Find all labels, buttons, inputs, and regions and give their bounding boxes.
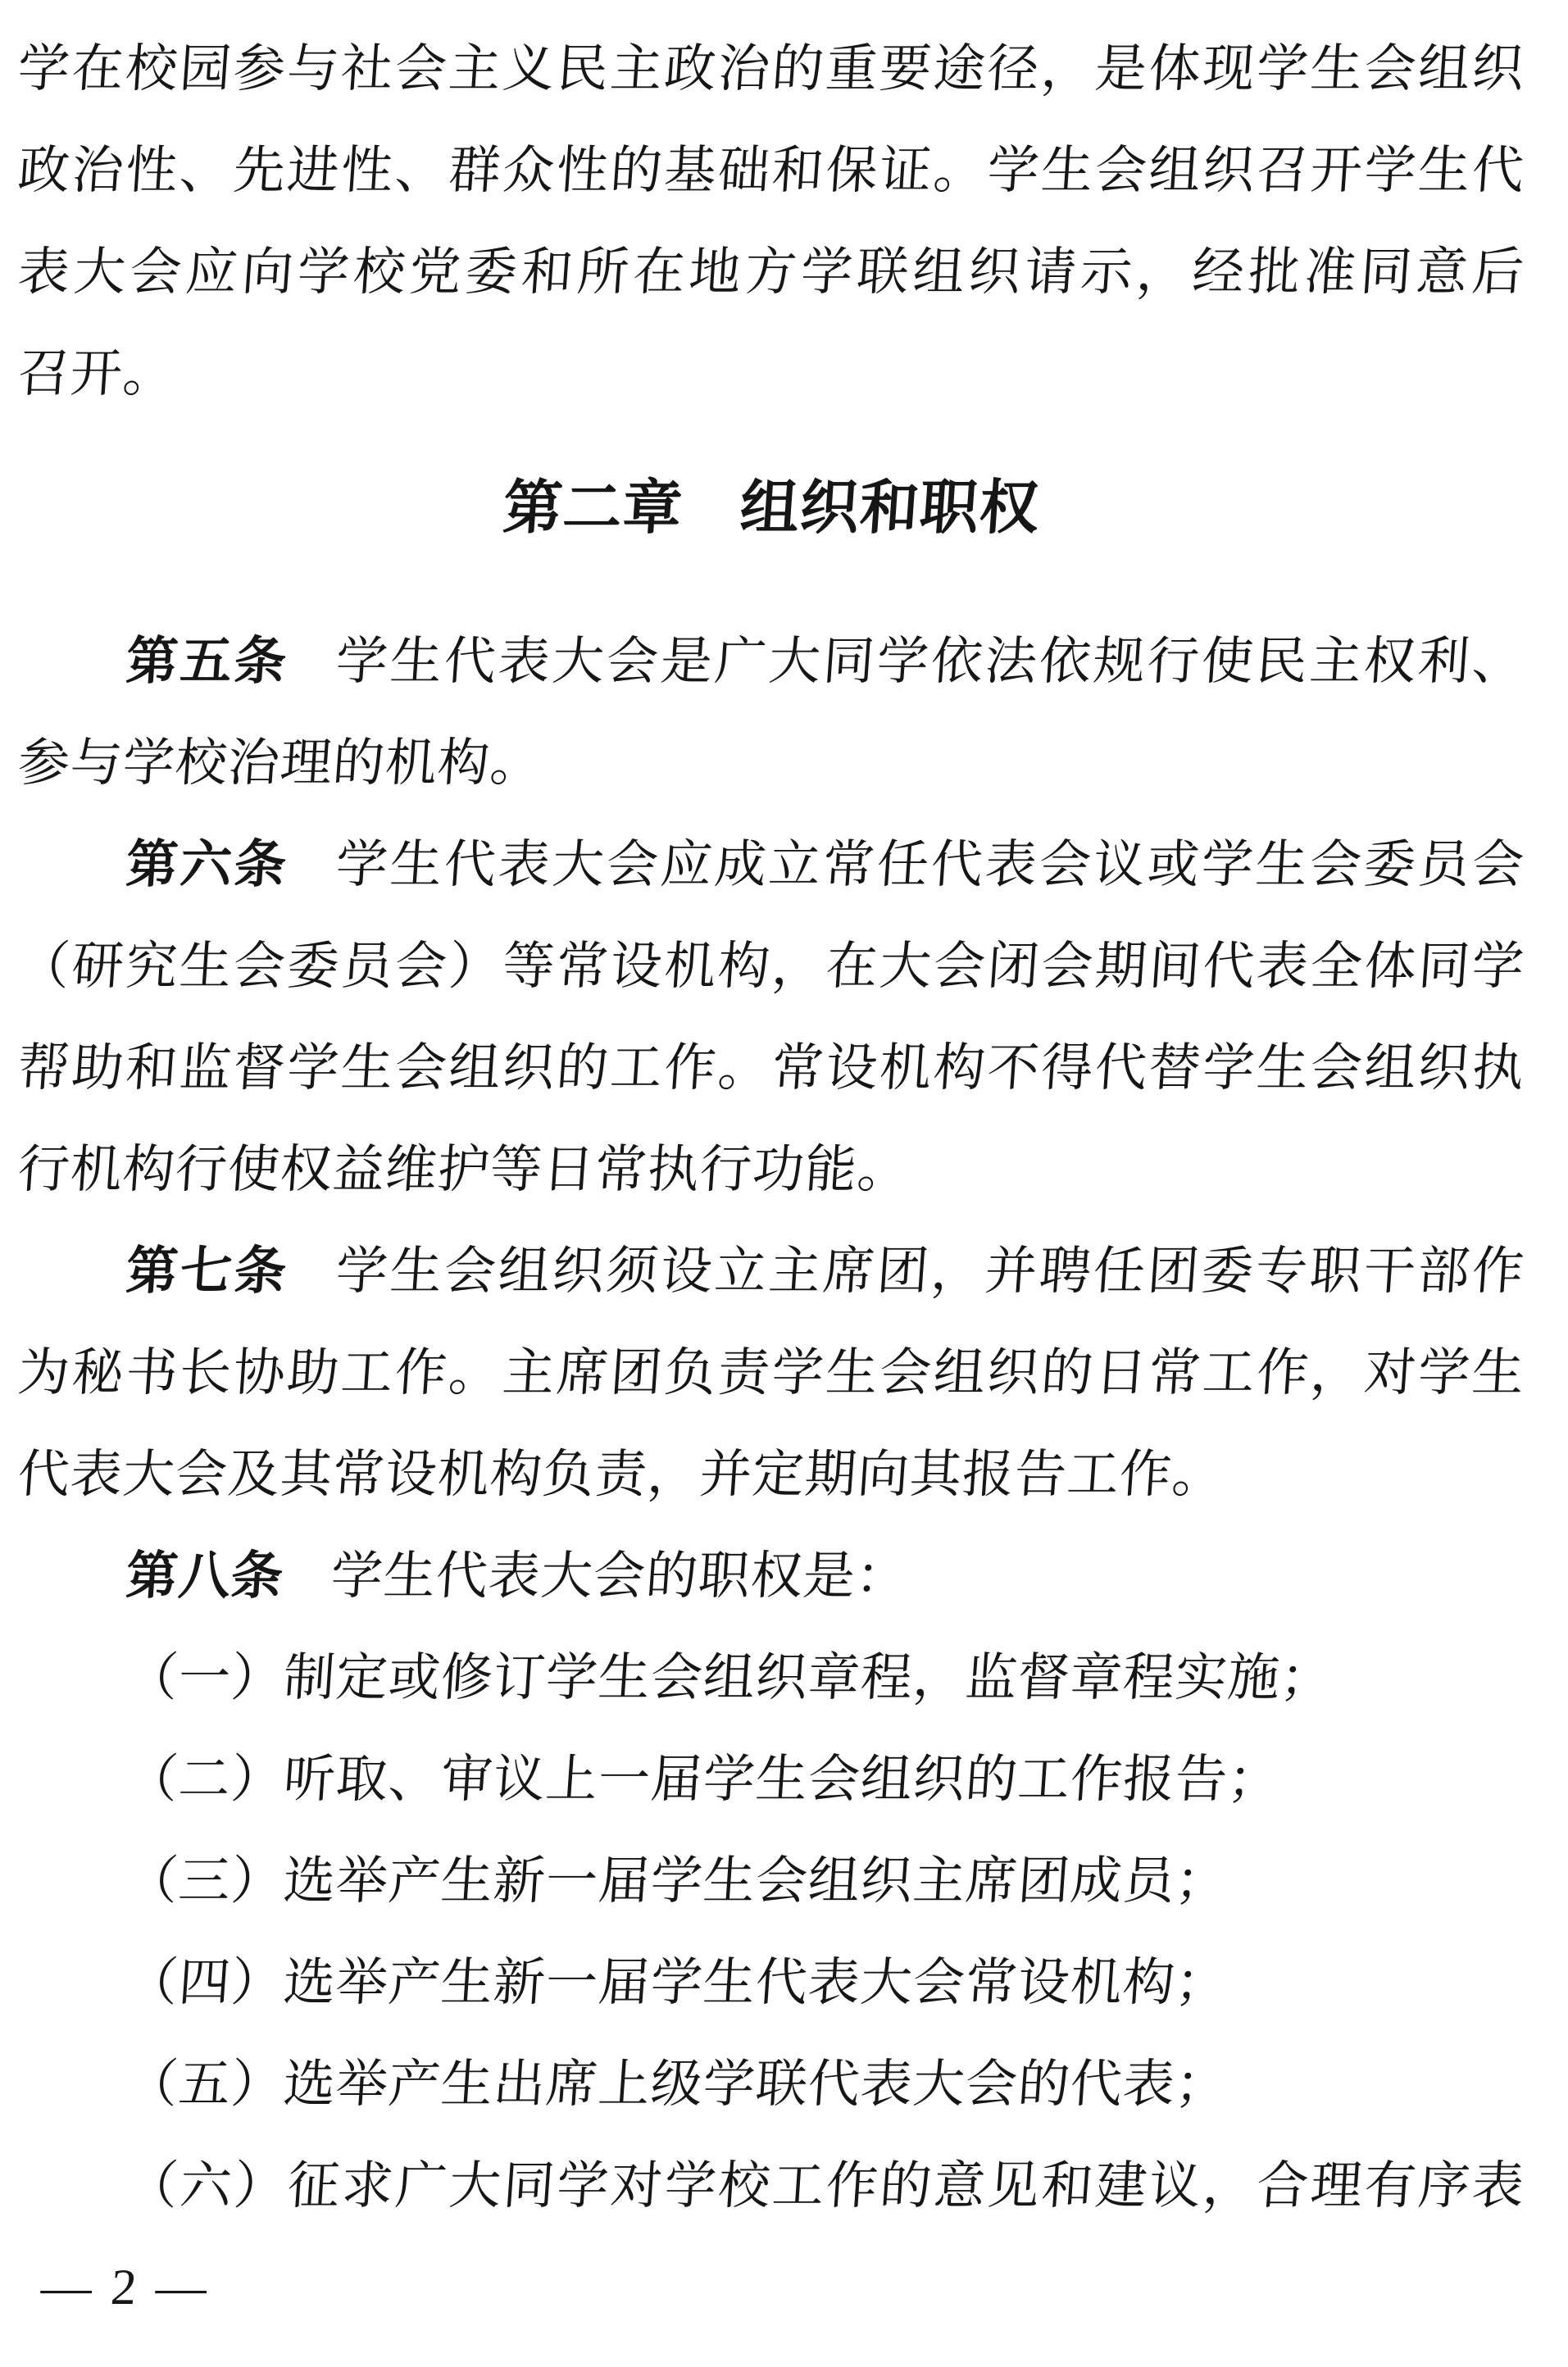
text-line: 参与学校治理的机构。 [15, 712, 1529, 814]
text-segment: 帮助和监督学生会组织的工作。常设机构不得代替学生会组织执 [16, 1039, 1527, 1097]
text-segment: 行机构行使权益维护等日常执行功能。 [16, 1141, 912, 1198]
bold-marker: 第七条 [125, 1243, 291, 1300]
text-line: 为秘书长协助工作。主席团负责学生会组织的日常工作，对学生 [15, 1322, 1529, 1424]
text-line: （六）征求广大同学对学校工作的意见和建议，合理有序表 [15, 2135, 1529, 2237]
bold-marker: 第八条 [125, 1547, 286, 1605]
paragraph-lines: 学在校园参与社会主义民主政治的重要途径，是体现学生会组织政治性、先进性、群众性的… [18, 18, 1525, 2237]
text-line: 政治性、先进性、群众性的基础和保证。学生会组织召开学生代 [15, 120, 1529, 221]
text-segment: 学生代表大会的职权是： [330, 1547, 911, 1605]
text-segment: （一）制定或修订学生会组织章程，监督章程实施； [125, 1649, 1335, 1706]
text-segment: （五）选举产生出席上级学联代表大会的代表； [125, 2056, 1230, 2113]
page-number: — 2 — [15, 2237, 1529, 2338]
text-line: 第八条学生代表大会的职权是： [15, 1525, 1529, 1627]
text-line: （四）选举产生新一届学生代表大会常设机构； [15, 1932, 1529, 2033]
text-line: （一）制定或修订学生会组织章程，监督章程实施； [15, 1627, 1529, 1729]
text-segment: （六）征求广大同学对学校工作的意见和建议，合理有序表 [125, 2157, 1527, 2215]
bold-marker: 组织和职权 [738, 475, 1042, 541]
text-line: 代表大会及其常设机构负责，并定期向其报告工作。 [15, 1424, 1529, 1525]
text-segment: 为秘书长协助工作。主席团负责学生会组织的日常工作，对学生 [16, 1344, 1527, 1402]
text-line: 学在校园参与社会主义民主政治的重要途径，是体现学生会组织 [15, 18, 1529, 120]
chapter-heading: 第二章组织和职权 [15, 457, 1529, 559]
text-line: 第六条学生代表大会应成立常任代表会议或学生会委员会 [15, 814, 1529, 915]
text-line: 表大会应向学校党委和所在地方学联组织请示，经批准同意后 [15, 221, 1529, 323]
bold-marker: 第六条 [125, 836, 291, 893]
text-segment: 参与学校治理的机构。 [16, 734, 545, 792]
text-line: （二）听取、审议上一届学生会组织的工作报告； [15, 1729, 1529, 1830]
text-segment: （三）选举产生新一届学生会组织主席团成员； [125, 1852, 1230, 1910]
text-segment: 学生会组织须设立主席团，并聘任团委专职干部作 [334, 1243, 1527, 1300]
text-segment: 学生代表大会应成立常任代表会议或学生会委员会 [334, 836, 1527, 893]
document-page: 学在校园参与社会主义民主政治的重要途径，是体现学生会组织政治性、先进性、群众性的… [0, 0, 1568, 2367]
text-segment: 召开。 [16, 345, 178, 402]
document-text-block: 学在校园参与社会主义民主政治的重要途径，是体现学生会组织政治性、先进性、群众性的… [18, 18, 1525, 2338]
text-segment: 学生代表大会是广大同学依法依规行使民主权利、 [334, 633, 1527, 690]
text-line: 第五条学生代表大会是广大同学依法依规行使民主权利、 [15, 611, 1529, 712]
text-line: 召开。 [15, 323, 1529, 425]
text-segment: 表大会应向学校党委和所在地方学联组织请示，经批准同意后 [16, 243, 1527, 301]
text-segment: 代表大会及其常设机构负责，并定期向其报告工作。 [16, 1446, 1227, 1503]
text-segment: 政治性、先进性、群众性的基础和保证。学生会组织召开学生代 [16, 142, 1527, 199]
text-segment: （四）选举产生新一届学生代表大会常设机构； [125, 1954, 1230, 2011]
text-line: 帮助和监督学生会组织的工作。常设机构不得代替学生会组织执 [15, 1017, 1529, 1119]
text-segment: （研究生会委员会）等常设机构，在大会闭会期间代表全体同学 [16, 938, 1527, 995]
text-line: （五）选举产生出席上级学联代表大会的代表； [15, 2033, 1529, 2135]
text-segment: （二）听取、审议上一届学生会组织的工作报告； [125, 1751, 1283, 1808]
text-line: （三）选举产生新一届学生会组织主席团成员； [15, 1830, 1529, 1932]
text-line: 行机构行使权益维护等日常执行功能。 [15, 1119, 1529, 1220]
bold-marker: 第二章 [501, 475, 685, 541]
text-line: 第七条学生会组织须设立主席团，并聘任团委专职干部作 [15, 1220, 1529, 1322]
bold-marker: 第五条 [125, 633, 291, 690]
text-segment: 学在校园参与社会主义民主政治的重要途径，是体现学生会组织 [16, 40, 1527, 98]
text-line: （研究生会委员会）等常设机构，在大会闭会期间代表全体同学 [15, 915, 1529, 1017]
